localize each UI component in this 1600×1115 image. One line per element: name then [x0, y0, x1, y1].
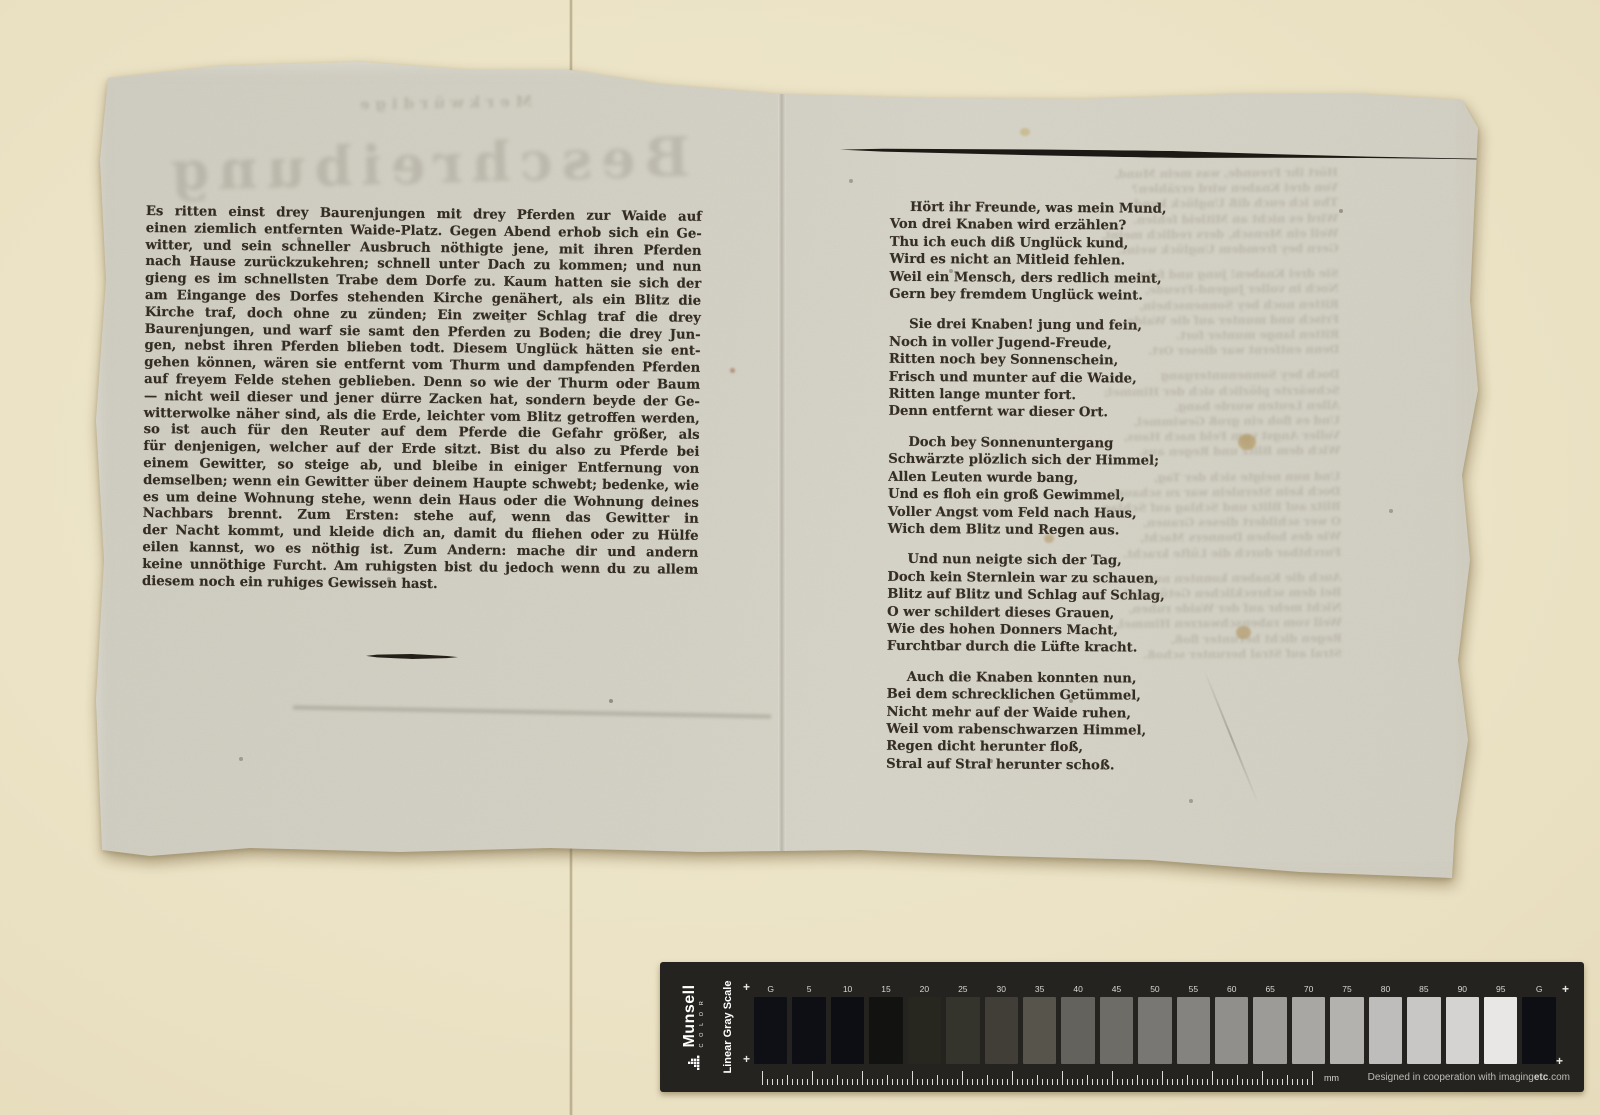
foxing-stain [1236, 626, 1251, 639]
ruler-tick [1172, 1079, 1173, 1085]
ruler-tick [982, 1079, 983, 1085]
ruler-tick [1192, 1079, 1193, 1085]
ruler-tick [822, 1079, 823, 1085]
gray-patch-swatch [1215, 997, 1248, 1064]
ruler-tick [887, 1075, 888, 1085]
gray-scale-calibration-bar: Munsell C O L O R Linear Gray Scale + + … [660, 962, 1584, 1092]
bleedthrough-line: Gern bey fremdem Unglück weint. [1086, 241, 1338, 258]
gray-patch-label: 50 [1138, 984, 1171, 997]
credit-suffix: .com [1548, 1072, 1570, 1083]
ruler-tick [1282, 1079, 1283, 1085]
gray-patch-swatch [869, 997, 902, 1064]
ruler-tick [1292, 1079, 1293, 1085]
gray-patch: 5 [792, 984, 825, 1064]
gray-patch: 35 [1023, 984, 1056, 1064]
ruler-tick [767, 1079, 768, 1085]
ruler-tick [1307, 1079, 1308, 1085]
ruler-tick [1142, 1079, 1143, 1085]
gray-patch-label: 40 [1061, 984, 1094, 997]
ruler-tick [1162, 1071, 1163, 1085]
bleedthrough-line: Wie des hohen Donners Macht, [1089, 529, 1341, 546]
ruler-tick [1027, 1079, 1028, 1085]
ruler-tick [772, 1079, 773, 1085]
ruler-tick [1102, 1079, 1103, 1085]
gray-patch-label: 25 [946, 984, 979, 997]
gray-patch-swatch [1100, 997, 1133, 1064]
gray-patch-label: G [1522, 984, 1555, 997]
munsell-color-letters: C O L O R [700, 984, 706, 1047]
document-sheet: Merkwürdige Beschreibung Es ritten einst… [88, 58, 1483, 888]
ruler-tick [1182, 1079, 1183, 1085]
credit-prefix: Designed in cooperation with imaging [1368, 1072, 1534, 1083]
foxing-stain [1020, 128, 1030, 136]
ruler-tick [1012, 1071, 1013, 1085]
ruler-tick [847, 1079, 848, 1085]
bleedthrough-stanza: Sie drei Knaben! jung und fein,Noch in v… [1087, 266, 1340, 359]
poem-stanza: Auch die Knaben konnten nun,Bei dem schr… [886, 669, 1232, 776]
registration-plus-mark: + [743, 1052, 750, 1066]
bleedthrough-header-text: Merkwürdige [288, 91, 598, 114]
center-fold-crease [778, 88, 786, 876]
ruler-tick [972, 1079, 973, 1085]
gray-patch-label: 85 [1407, 984, 1440, 997]
ruler-tick [1287, 1075, 1288, 1085]
gray-patch-label: 35 [1023, 984, 1056, 997]
ruler-tick [977, 1079, 978, 1085]
ruler-tick [1242, 1079, 1243, 1085]
ruler-tick [817, 1079, 818, 1085]
ruler-tick [962, 1071, 963, 1085]
ruler-tick [1107, 1079, 1108, 1085]
gray-patch-swatch [1446, 997, 1479, 1064]
ruler-tick [907, 1079, 908, 1085]
ruler-tick [812, 1071, 813, 1085]
ruler-tick [932, 1079, 933, 1085]
ruler-tick [1207, 1079, 1208, 1085]
gray-patch-row: G5101520253035404550556065707580859095G [754, 984, 1556, 1064]
ruler-tick [1157, 1079, 1158, 1085]
ruler-tick [807, 1079, 808, 1085]
ruler-tick [787, 1075, 788, 1085]
ruler-tick [1062, 1071, 1063, 1085]
ruler-tick [1052, 1079, 1053, 1085]
gray-patch-swatch [1292, 997, 1325, 1064]
ruler-tick [1277, 1079, 1278, 1085]
ruler-tick [862, 1071, 863, 1085]
gray-patch-label: G [754, 984, 787, 997]
bleedthrough-line: Doch bey Sonnenuntergang [1088, 367, 1340, 384]
ruler-tick [857, 1079, 858, 1085]
ruler-tick [1262, 1071, 1263, 1085]
gray-patch: 50 [1138, 984, 1171, 1064]
ruler-tick [1067, 1079, 1068, 1085]
ruler-tick [1087, 1075, 1088, 1085]
gray-patch: 25 [946, 984, 979, 1064]
gray-patch-label: 20 [908, 984, 941, 997]
gray-patch: 10 [831, 984, 864, 1064]
ruler-tick [1212, 1071, 1213, 1085]
ruler-tick [1112, 1071, 1113, 1085]
gray-patch: 65 [1253, 984, 1286, 1064]
gray-patch: 90 [1446, 984, 1479, 1064]
gray-patch-swatch [1407, 997, 1440, 1064]
bleedthrough-stanza: Auch die Knaben konnten nun,Bei dem schr… [1089, 570, 1342, 663]
gray-patch-label: 45 [1100, 984, 1133, 997]
munsell-brand-name: Munsell [682, 984, 698, 1047]
ruler-tick [842, 1079, 843, 1085]
gray-patch: 75 [1330, 984, 1363, 1064]
gray-patch-swatch [1061, 997, 1094, 1064]
ruler-tick [937, 1075, 938, 1085]
gray-patch: 60 [1215, 984, 1248, 1064]
ruler-tick [777, 1079, 778, 1085]
photographic-mat-background: { "document": { "left_page": { "bleedthr… [0, 0, 1600, 1115]
ruler-tick [1247, 1079, 1248, 1085]
ruler-tick [1222, 1079, 1223, 1085]
left-page-end-rule [366, 653, 458, 659]
gray-patch-label: 15 [869, 984, 902, 997]
gray-patch: 30 [985, 984, 1018, 1064]
left-page-bleedthrough-rule [293, 705, 771, 718]
bleedthrough-line: Wich dem Blitz und Regen aus. [1088, 443, 1340, 460]
ruler-tick [1117, 1079, 1118, 1085]
ruler-tick [1042, 1079, 1043, 1085]
ruler-tick [1017, 1079, 1018, 1085]
ruler-tick [1032, 1079, 1033, 1085]
ruler-tick [1187, 1075, 1188, 1085]
gray-patch: 95 [1484, 984, 1517, 1064]
ruler-tick [987, 1075, 988, 1085]
right-page-bleedthrough-text: Hört ihr Freunde, was mein Mund,Von drei… [1086, 165, 1342, 673]
ruler-tick [762, 1071, 763, 1085]
left-page-text-block: Es ritten einst drey Baurenjungen mit dr… [142, 204, 702, 596]
ruler-tick [1122, 1079, 1123, 1085]
gray-patch-swatch [1369, 997, 1402, 1064]
ruler-tick [1202, 1079, 1203, 1085]
document-sheet-wrapper: Merkwürdige Beschreibung Es ritten einst… [88, 58, 1483, 888]
ruler-tick [1167, 1079, 1168, 1085]
ruler-tick [1302, 1079, 1303, 1085]
bleedthrough-line: Thu ich euch diß Unglück kund, [1086, 195, 1338, 212]
gray-patch-swatch [1522, 997, 1555, 1064]
gray-patch: 45 [1100, 984, 1133, 1064]
gray-patch-swatch [831, 997, 864, 1064]
ruler-tick [942, 1079, 943, 1085]
gray-patch-swatch [1023, 997, 1056, 1064]
poem-line: Stral auf Stral herunter schoß. [886, 756, 1231, 776]
ruler-tick [1147, 1079, 1148, 1085]
ruler-tick [867, 1079, 868, 1085]
ruler-tick [1217, 1079, 1218, 1085]
foxing-stain [1044, 534, 1054, 543]
gray-patch-label: 80 [1369, 984, 1402, 997]
gray-patch-swatch [985, 997, 1018, 1064]
ruler-unit-label: mm [1324, 1073, 1339, 1083]
ruler-tick [1232, 1079, 1233, 1085]
credit-text: Designed in cooperation with imagingetc.… [1368, 1072, 1570, 1083]
ruler-tick [832, 1079, 833, 1085]
ruler-tick [792, 1079, 793, 1085]
ruler-tick [1002, 1079, 1003, 1085]
registration-plus-mark: + [743, 980, 750, 994]
ruler-tick [782, 1079, 783, 1085]
gray-patch-label: 75 [1330, 984, 1363, 997]
ruler-tick [1152, 1079, 1153, 1085]
gray-patch: 85 [1407, 984, 1440, 1064]
gray-patch-label: 30 [985, 984, 1018, 997]
poem-line: Bei dem schrecklichen Getümmel, [887, 686, 1232, 706]
gray-patch-label: 90 [1446, 984, 1479, 997]
gray-patch: 15 [869, 984, 902, 1064]
ruler-tick [922, 1079, 923, 1085]
paper-specks [88, 58, 90, 60]
gray-patch-label: 95 [1484, 984, 1517, 997]
gray-patch-swatch [908, 997, 941, 1064]
gray-patch-label: 70 [1292, 984, 1325, 997]
registration-plus-mark: + [1562, 982, 1569, 996]
gray-patch-swatch [946, 997, 979, 1064]
ruler-tick [927, 1079, 928, 1085]
gray-patch-label: 10 [831, 984, 864, 997]
ruler-tick [1097, 1079, 1098, 1085]
ruler-tick [1272, 1079, 1273, 1085]
ruler-tick [892, 1079, 893, 1085]
gray-patch-swatch [1330, 997, 1363, 1064]
ruler-tick [802, 1079, 803, 1085]
gray-patch-swatch [754, 997, 787, 1064]
ruler-tick [1297, 1079, 1298, 1085]
gray-patch: G [1522, 984, 1555, 1064]
bleedthrough-stanza: Und nun neigte sich der Tag,Doch kein St… [1088, 469, 1341, 562]
ruler-tick [827, 1079, 828, 1085]
gray-patch: 70 [1292, 984, 1325, 1064]
ruler-tick [952, 1079, 953, 1085]
ruler-tick [1022, 1079, 1023, 1085]
ruler-tick [897, 1079, 898, 1085]
millimeter-ruler [762, 1069, 1317, 1085]
ruler-tick [1092, 1079, 1093, 1085]
ruler-tick [1077, 1079, 1078, 1085]
ruler-tick [852, 1079, 853, 1085]
bleedthrough-stanza: Doch bey SonnenuntergangSchwärzte plözli… [1088, 367, 1341, 460]
ruler-tick [872, 1079, 873, 1085]
poem-line: Regen dicht herunter floß, [886, 738, 1231, 758]
gray-patch-label: 65 [1253, 984, 1286, 997]
gray-patch-label: 60 [1215, 984, 1248, 997]
ruler-tick [947, 1079, 948, 1085]
bleedthrough-line: Furchtbar durch die Lüfte kracht. [1089, 545, 1341, 562]
gray-patch-swatch [1253, 997, 1286, 1064]
ruler-tick [992, 1079, 993, 1085]
credit-bold: etc [1534, 1072, 1548, 1083]
registration-plus-mark: + [1556, 1054, 1563, 1068]
ruler-tick [1072, 1079, 1073, 1085]
ruler-tick [1257, 1079, 1258, 1085]
linear-gray-scale-label: Linear Gray Scale [713, 967, 743, 1087]
bleedthrough-title-text: Beschreibung [147, 124, 705, 203]
ruler-tick [1227, 1079, 1228, 1085]
ruler-tick [1082, 1079, 1083, 1085]
ruler-tick [1197, 1079, 1198, 1085]
gray-patch-swatch [792, 997, 825, 1064]
munsell-logo-icon [687, 1055, 702, 1070]
bleedthrough-stanza: Hört ihr Freunde, was mein Mund,Von drei… [1086, 165, 1339, 258]
ruler-tick [1267, 1079, 1268, 1085]
ruler-tick [1057, 1079, 1058, 1085]
ruler-tick [902, 1079, 903, 1085]
bleedthrough-line: Weil vom rabenschwarzen Himmel, [1090, 615, 1342, 632]
gray-patch-swatch [1484, 997, 1517, 1064]
ruler-tick [1252, 1079, 1253, 1085]
ruler-tick [797, 1079, 798, 1085]
ruler-tick [877, 1079, 878, 1085]
bleedthrough-line: Stral auf Stral herunter schoß. [1090, 646, 1342, 663]
ruler-tick [917, 1079, 918, 1085]
bleedthrough-line: Noch in voller Jugend-Freude, [1087, 281, 1339, 298]
gray-patch: 55 [1177, 984, 1210, 1064]
ruler-tick [1127, 1079, 1128, 1085]
bleedthrough-line: Denn entfernt war dieser Ort. [1087, 342, 1339, 359]
ruler-tick [882, 1079, 883, 1085]
right-page-head-rule [840, 146, 1554, 164]
gray-patch: 80 [1369, 984, 1402, 1064]
gray-patch: 20 [908, 984, 941, 1064]
foxing-stain [730, 368, 735, 373]
ruler-tick [1137, 1075, 1138, 1085]
ruler-tick [1047, 1079, 1048, 1085]
ruler-tick [997, 1079, 998, 1085]
gray-patch: G [754, 984, 787, 1064]
ruler-tick [1037, 1075, 1038, 1085]
ruler-tick [912, 1071, 913, 1085]
gray-patch-swatch [1138, 997, 1171, 1064]
gray-patch: 40 [1061, 984, 1094, 1064]
munsell-brand-block: Munsell C O L O R [673, 967, 715, 1087]
ruler-tick [837, 1075, 838, 1085]
ruler-tick [1132, 1079, 1133, 1085]
ruler-tick [1312, 1071, 1313, 1085]
ruler-tick [957, 1079, 958, 1085]
ruler-tick [1237, 1075, 1238, 1085]
ruler-tick [967, 1079, 968, 1085]
ruler-tick [1177, 1079, 1178, 1085]
ruler-tick [1007, 1079, 1008, 1085]
gray-patch-swatch [1177, 997, 1210, 1064]
gray-patch-label: 5 [792, 984, 825, 997]
gray-patch-label: 55 [1177, 984, 1210, 997]
foxing-stain [1238, 434, 1256, 450]
